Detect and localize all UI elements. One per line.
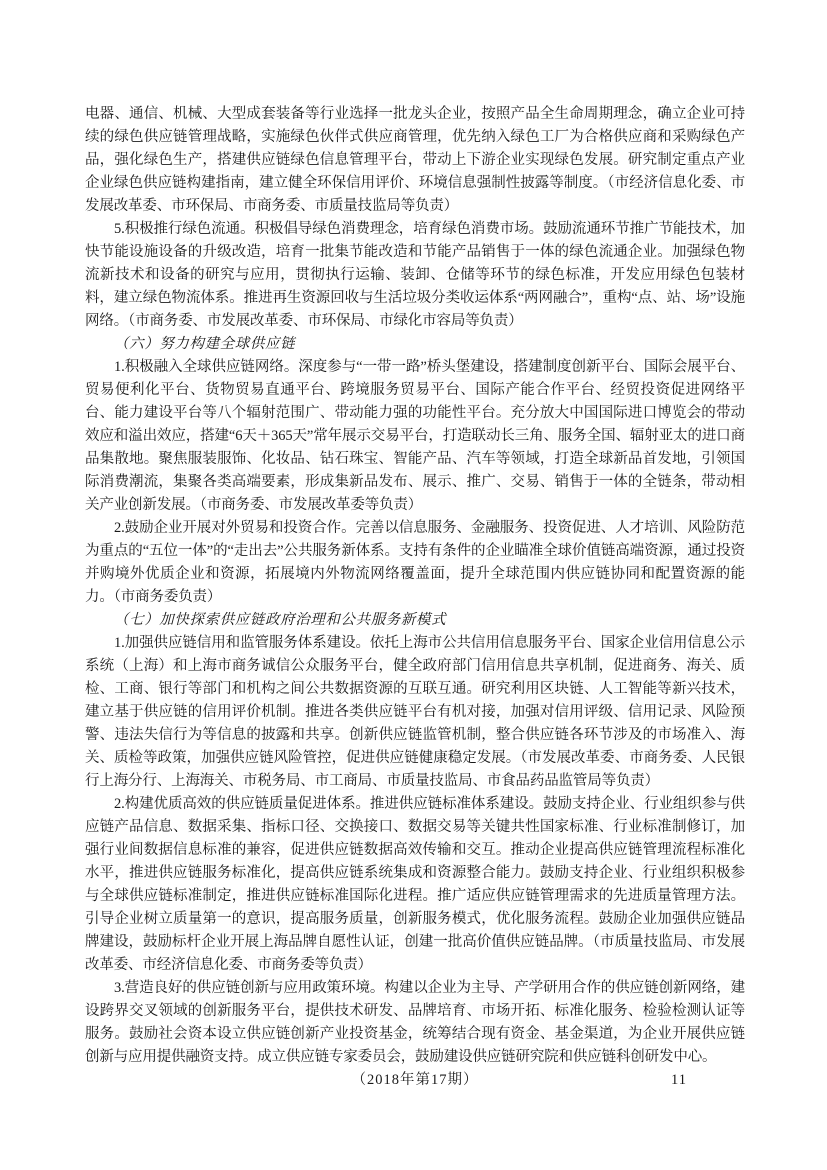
text-column: 电器、通信、机械、大型成套装备等行业选择一批龙头企业，按照产品全生命周期理念，确… [85, 103, 745, 1092]
page-footer: （2018年第17期） 11 [85, 1069, 745, 1092]
paragraph-item3-innovation-policy-environment: 3.营造良好的供应链创新与应用政策环境。构建以企业为主导、产学研用合作的供应链创… [85, 977, 745, 1069]
paragraph-item1-credit-supervision-system: 1.加强供应链信用和监管服务体系建设。依托上海市公共信用信息服务平台、国家企业信… [85, 632, 745, 793]
footer-issue-label: （2018年第17期） [352, 1072, 479, 1088]
section-heading-six-global-supply-chain: （六）努力构建全球供应链 [85, 333, 745, 356]
paragraph-item5-green-circulation: 5.积极推行绿色流通。积极倡导绿色消费理念，培育绿色消费市场。鼓励流通环节推广节… [85, 218, 745, 333]
document-page: 电器、通信、机械、大型成套装备等行业选择一批龙头企业，按照产品全生命周期理念，确… [0, 0, 827, 1170]
paragraph-green-supply-chain-continuation: 电器、通信、机械、大型成套装备等行业选择一批龙头企业，按照产品全生命周期理念，确… [85, 103, 745, 218]
paragraph-item2-foreign-trade-investment: 2.鼓励企业开展对外贸易和投资合作。完善以信息服务、金融服务、投资促进、人才培训… [85, 517, 745, 609]
paragraph-item2-quality-promotion-system: 2.构建优质高效的供应链质量促进体系。推进供应链标准体系建设。鼓励支持企业、行业… [85, 793, 745, 977]
paragraph-item1-global-network: 1.积极融入全球供应链网络。深度参与“一带一路”桥头堡建设，搭建制度创新平台、国… [85, 356, 745, 517]
footer-page-number: 11 [671, 1069, 687, 1092]
section-heading-seven-governance-public-service: （七）加快探索供应链政府治理和公共服务新模式 [85, 609, 745, 632]
